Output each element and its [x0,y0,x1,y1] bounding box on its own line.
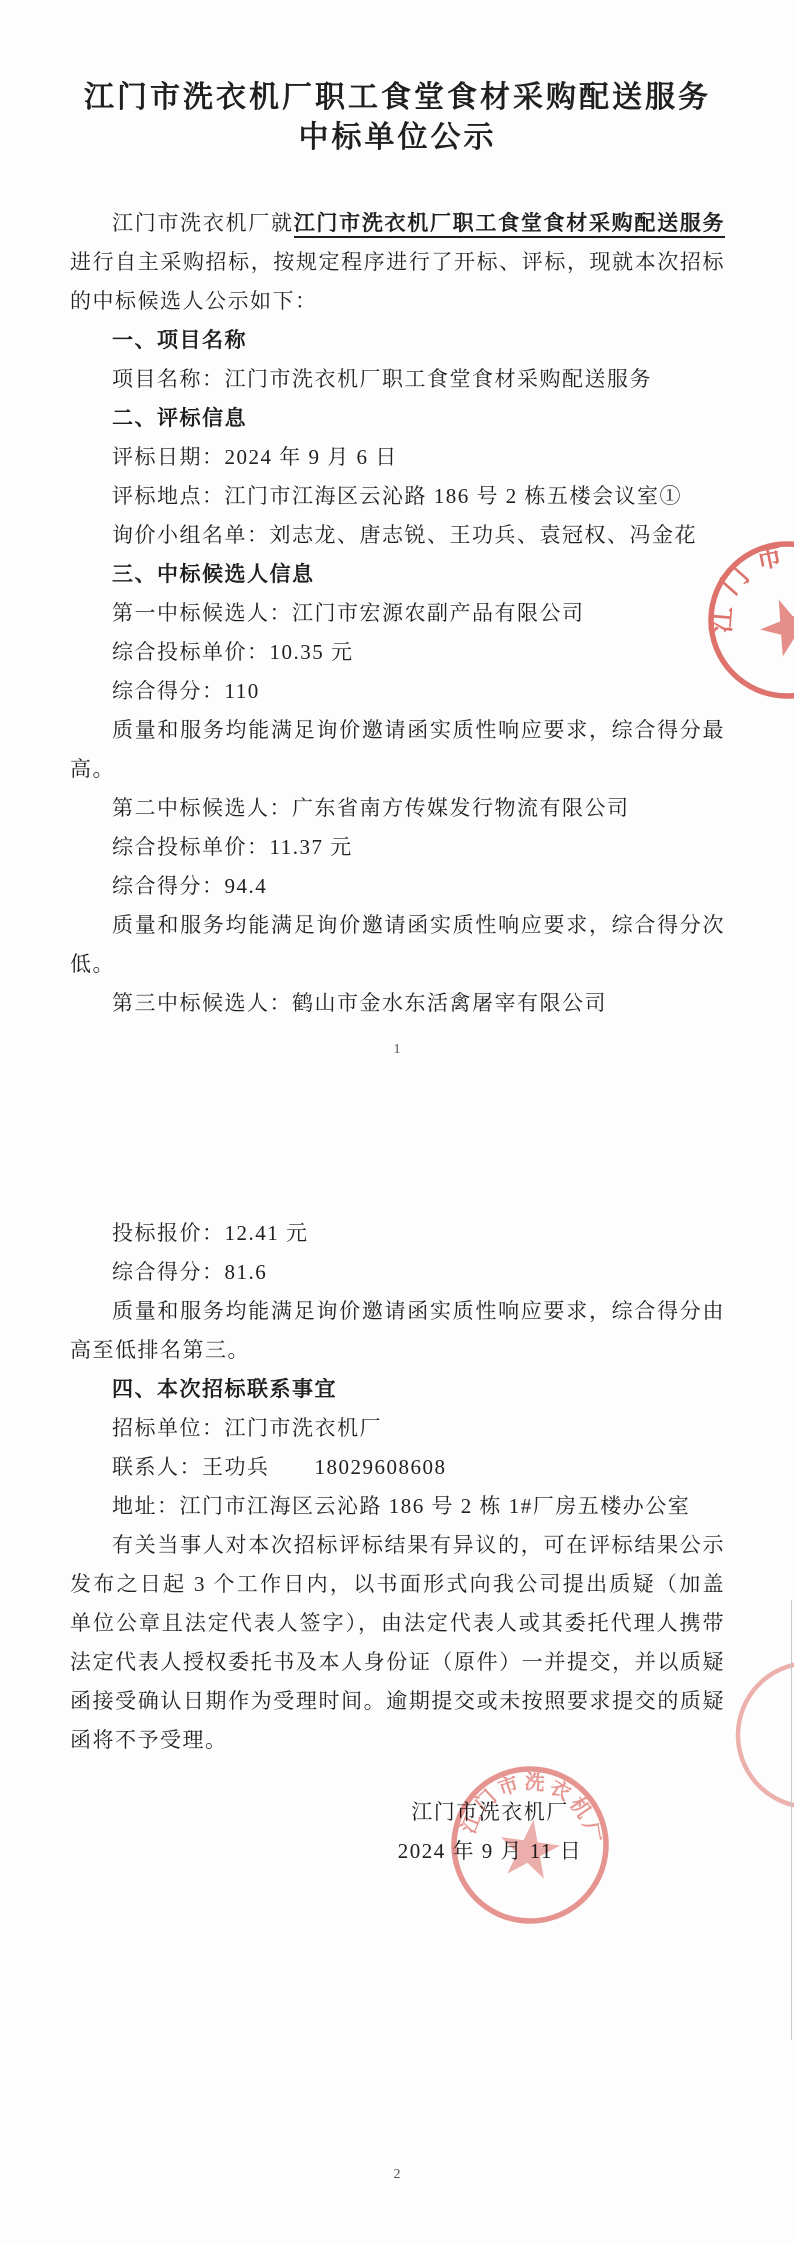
scan-artifact-line [791,1600,792,2040]
section-heading-evaluation: 二、评标信息 [70,399,725,438]
candidate3-name-line: 第三中标候选人：鹤山市金水东活禽屠宰有限公司 [70,984,725,1023]
tender-unit-line: 招标单位：江门市洗衣机厂 [70,1409,725,1448]
contact-person-line: 联系人：王功兵 18029608608 [70,1448,725,1487]
candidate3-price-line: 投标报价：12.41 元 [70,1214,725,1253]
document-title: 江门市洗衣机厂职工食堂食材采购配送服务 中标单位公示 [70,78,725,158]
candidate1-remark: 质量和服务均能满足询价邀请函实质性响应要求，综合得分最高。 [70,711,725,789]
evaluation-place-line: 评标地点：江门市江海区云沁路 186 号 2 栋五楼会议室① [70,477,725,516]
candidate2-score-line: 综合得分：94.4 [70,867,725,906]
project-name-line: 项目名称：江门市洗衣机厂职工食堂食材采购配送服务 [70,360,725,399]
signature-org: 江门市洗衣机厂 [340,1793,640,1832]
section-heading-candidates: 三、中标候选人信息 [70,555,725,594]
intro-prefix: 江门市洗衣机厂就 [112,211,294,235]
evaluation-date-line: 评标日期：2024 年 9 月 6 日 [70,438,725,477]
section-heading-project: 一、项目名称 [70,321,725,360]
signature-block: 江门市洗衣机厂 2024 年 9 月 11 日 [340,1793,640,1871]
candidate1-score-line: 综合得分：110 [70,672,725,711]
scanned-document: 江门市洗衣机厂职工食堂食材采购配送服务 中标单位公示 江门市洗衣机厂就江门市洗衣… [0,0,794,2244]
inquiry-team-line: 询价小组名单：刘志龙、唐志锐、王功兵、袁冠权、冯金花 [70,516,725,555]
section-heading-contact: 四、本次招标联系事宜 [70,1370,725,1409]
candidate3-score-line: 综合得分：81.6 [70,1253,725,1292]
objection-paragraph: 有关当事人对本次招标评标结果有异议的，可在评标结果公示发布之日起 3 个工作日内… [70,1526,725,1760]
candidate2-remark: 质量和服务均能满足询价邀请函实质性响应要求，综合得分次低。 [70,906,725,984]
title-line-2: 中标单位公示 [70,118,725,158]
candidate1-price-line: 综合投标单价：10.35 元 [70,633,725,672]
title-line-1: 江门市洗衣机厂职工食堂食材采购配送服务 [70,78,725,118]
page-number-2: 2 [0,2167,794,2183]
intro-paragraph: 江门市洗衣机厂就江门市洗衣机厂职工食堂食材采购配送服务进行自主采购招标，按规定程… [70,204,725,321]
candidate3-remark: 质量和服务均能满足询价邀请函实质性响应要求，综合得分由高至低排名第三。 [70,1292,725,1370]
candidate2-name-line: 第二中标候选人：广东省南方传媒发行物流有限公司 [70,789,725,828]
intro-project-name-underlined: 江门市洗衣机厂职工食堂食材采购配送服务 [294,211,725,238]
page-2: 投标报价：12.41 元 综合得分：81.6 质量和服务均能满足询价邀请函实质性… [0,1122,794,2244]
page-number-1: 1 [0,1042,794,1058]
candidate2-price-line: 综合投标单价：11.37 元 [70,828,725,867]
intro-suffix: 进行自主采购招标，按规定程序进行了开标、评标，现就本次招标的中标候选人公示如下： [70,250,725,313]
candidate1-name-line: 第一中标候选人：江门市宏源农副产品有限公司 [70,594,725,633]
page-1: 江门市洗衣机厂职工食堂食材采购配送服务 中标单位公示 江门市洗衣机厂就江门市洗衣… [0,0,794,1122]
signature-date: 2024 年 9 月 11 日 [340,1832,640,1871]
address-line: 地址：江门市江海区云沁路 186 号 2 栋 1#厂房五楼办公室 [70,1487,725,1526]
